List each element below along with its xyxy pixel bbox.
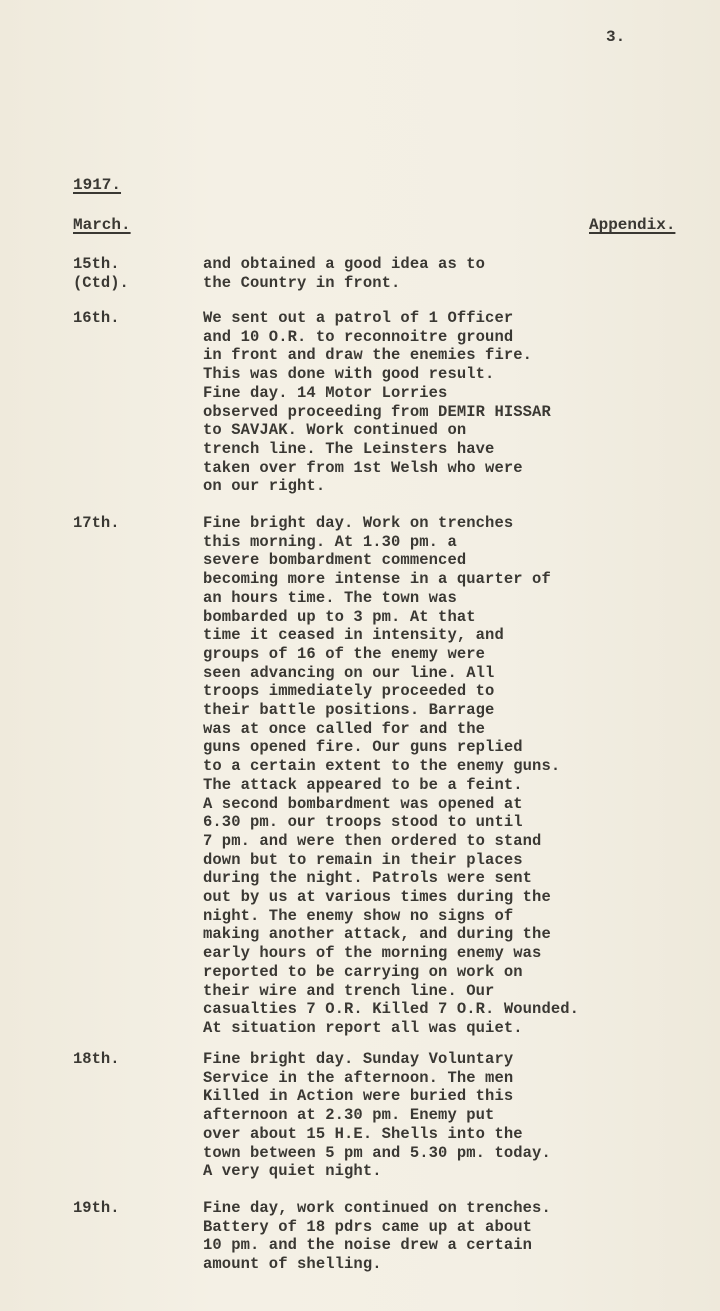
appendix-heading: Appendix. (589, 216, 675, 234)
month-heading: March. (73, 216, 131, 234)
entry-date: 16th. (73, 309, 120, 328)
entry-text: and obtained a good idea as to the Count… (203, 255, 485, 292)
entry-date: 19th. (73, 1199, 120, 1218)
entry-text: Fine bright day. Sunday Voluntary Servic… (203, 1050, 551, 1181)
document-page: 3. 1917. March. Appendix. 15th. (Ctd). a… (0, 0, 720, 1311)
entry-date: 18th. (73, 1050, 120, 1069)
entry-text: Fine bright day. Work on trenches this m… (203, 514, 579, 1038)
year-heading: 1917. (73, 176, 121, 194)
page-number: 3. (606, 28, 625, 46)
entry-date: 15th. (Ctd). (73, 255, 129, 292)
entry-text: We sent out a patrol of 1 Officer and 10… (203, 309, 551, 496)
entry-date: 17th. (73, 514, 120, 533)
entry-text: Fine day, work continued on trenches. Ba… (203, 1199, 551, 1274)
